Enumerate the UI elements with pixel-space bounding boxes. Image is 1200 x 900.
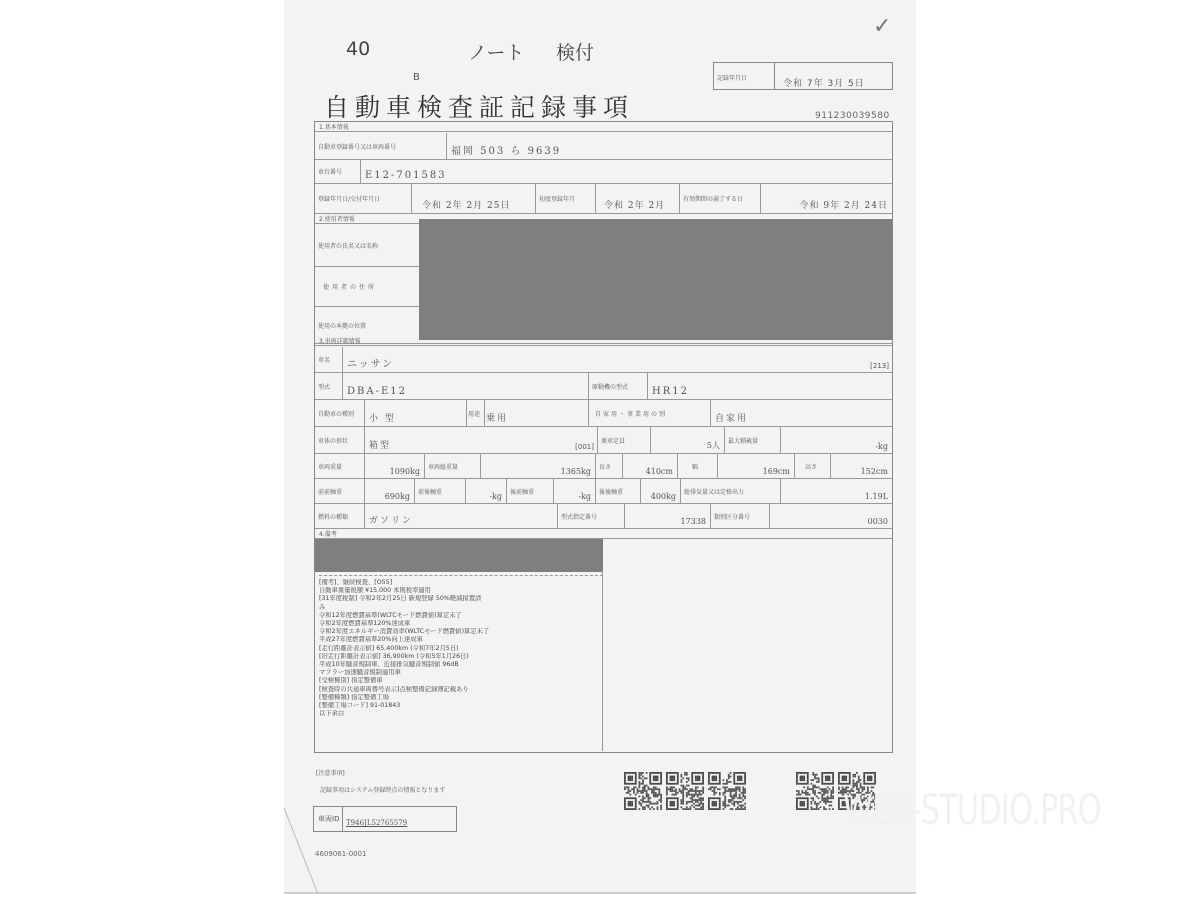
user-name-label: 使用者の氏名又は名称 [315,225,419,266]
width-label: 幅 [678,454,717,478]
handwritten-number: 40 [346,38,370,60]
body-shape-code: [001] [575,443,594,451]
remarks-line: [受検種別] 指定整備車 [319,677,601,685]
check-mark-icon: ✓ [873,14,891,39]
expiry-label: 有効期間の満了する日 [680,184,760,213]
remarks-line: 令和12年度燃費基準(WLTCモード燃費値)算定未了 [319,612,601,620]
remarks-line: 平成10年騒音規制車、近接排気騒音規制値 96dB [319,661,601,669]
remarks-line: み [319,604,601,612]
remarks-line: [検査時の共通車両番号表示]点検整備記録簿記載あり [319,686,601,694]
model-label: 型式 [315,373,342,399]
row-fuel: 燃料の種類 ガソリン 型式指定番号 17338 類別区分番号 0030 [315,504,892,529]
remarks-line: [走行距離計表示値] 65,400km (令和7年2月5日) [319,645,601,653]
fr-axle-label: 前後軸重 [415,479,465,503]
fr-axle-value: -kg [489,492,502,501]
length-label: 長さ [596,454,622,478]
rf-axle-label: 後前軸重 [507,479,553,503]
page-code: 4609061-0001 [315,850,367,858]
remarks-line: 平成27年度燃費基準20%向上達成車 [319,636,601,644]
first-reg-value: 令和 2年 2月 25日 [422,198,511,211]
private-business-value: 自家用 [715,411,748,424]
height-label: 高さ [795,454,830,478]
rr-axle-label: 後後軸重 [596,479,640,503]
registration-label: 自動車登録番号又は車両番号 [315,133,446,159]
vehicle-id-value: T946JL52765579 [343,807,407,831]
handwritten-model: ノート [468,38,524,65]
engine-value: HR12 [652,386,689,397]
body-shape-value: 箱型 [369,438,391,451]
row-axle-weights: 前前軸重 690kg 前後軸重 -kg 後前軸重 -kg 後後軸重 400kg … [315,479,892,504]
fuel-value: ガソリン [369,513,413,526]
vehicle-type-label: 自動車の種別 [315,400,364,426]
page-edge [284,892,916,894]
remarks-line: [31年度税制] 令和2年2月25日 新規登録 50%軽減措置済 [319,595,601,603]
section-remarks-heading: 4.備考 [315,529,892,539]
remarks-area: [備考]、継続検査、[O55]自動車重量税額 ¥15,000 本則税率適用[31… [315,539,603,751]
remarks-line: 自動車重量税額 ¥15,000 本則税率適用 [319,587,601,595]
displacement-value: 1.19L [865,492,888,501]
gross-weight-label: 車両総重量 [425,454,480,478]
vehicle-type-value: 小 型 [369,411,396,424]
make-label: 車名 [315,347,342,372]
rf-axle-value: -kg [578,492,591,501]
row-chassis: 車台番号 E12-701583 [315,160,892,184]
height-value: 152cm [861,467,888,476]
qr-code-icon [708,772,746,810]
remarks-line: [備考]、継続検査、[O55] [319,579,601,587]
fuel-label: 燃料の種類 [315,504,364,528]
private-business-label: 自家用・事業用の別 [589,400,710,426]
qr-code-icon [666,772,704,810]
weight-label: 車両重量 [315,454,364,478]
displacement-label: 総排気量又は定格出力 [681,479,780,503]
document-title: 自動車検査証記録事項 [324,88,634,124]
category-value: 0030 [868,517,888,526]
row-weights-dimensions: 車両重量 1090kg 車両総重量 1365kg 長さ 410cm 幅 169c… [315,454,892,479]
remarks-line: 令和2年度エネルギー消費効率(WLTCモード燃費値)算定未了 [319,628,601,636]
row-vehicle-type: 自動車の種別 小 型 用途 乗用 自家用・事業用の別 自家用 [315,400,892,427]
registration-value: 福岡 503 ら 9639 [451,142,561,157]
type-designation-label: 型式指定番号 [558,504,624,528]
capacity-label: 乗車定員 [598,427,650,453]
record-date-box: 記録年月日 令和 7年 3月 5日 [713,62,893,90]
row-dates: 登録年月日/交付年月日 令和 2年 2月 25日 初度登録年月 令和 2年 2月… [315,184,892,214]
qr-code-icon [796,772,834,810]
capacity-value: 5人 [707,440,720,451]
max-load-label: 最大積載量 [725,427,780,453]
width-value: 169cm [763,467,790,476]
row-model: 型式 DBA-E12 原動機の型式 HR12 [315,373,892,400]
vehicle-id-box: 車両ID T946JL52765579 [313,806,457,832]
make-code: [213] [870,362,889,370]
row-make: 車名 ニッサン [213] [315,347,892,373]
ff-axle-value: 690kg [385,492,410,501]
row-registration: 自動車登録番号又は車両番号 福岡 503 ら 9639 [315,133,892,160]
user-address-label: 使用者の住所 [315,267,419,306]
body-shape-label: 車体の形状 [315,427,364,453]
dashed-separator [319,575,603,576]
length-value: 410cm [646,467,673,476]
use-label: 用途 [467,400,484,426]
section-vehicle-details-heading: 3.車両詳細情報 [315,336,892,346]
caution-text: 記録事項はシステム登録時点の情報となります [320,785,445,794]
vehicle-id-label: 車両ID [314,807,343,831]
chassis-label: 車台番号 [315,160,360,183]
record-date-value: 令和 7年 3月 5日 [775,63,865,89]
use-value: 乗用 [486,411,508,424]
model-value: DBA-E12 [347,386,407,397]
remarks-text: [備考]、継続検査、[O55]自動車重量税額 ¥15,000 本則税率適用[31… [319,579,601,718]
b-mark: B [413,72,420,83]
first-year-label: 初度登録年月 [536,184,595,213]
redacted-remarks-header [315,539,603,572]
section-basic-info-heading: 1.基本情報 [315,122,892,132]
weight-value: 1090kg [390,467,420,476]
watermark: WEB-STUDIO.PRO [843,785,1101,834]
caution-title: [注意事項] [316,768,345,777]
gross-weight-value: 1365kg [561,467,591,476]
document-number: 911230039580 [815,111,890,121]
record-date-label: 記録年月日 [714,63,775,89]
ff-axle-label: 前前軸重 [315,479,364,503]
row-body-shape: 車体の形状 箱型 [001] 乗車定員 5人 最大積載量 -kg [315,427,892,454]
qr-code-icon [624,772,662,810]
rr-axle-value: 400kg [651,492,676,501]
make-value: ニッサン [347,355,394,370]
remarks-line: [旧走行距離計表示値] 36,900km (令和5年1月26日) [319,653,601,661]
remarks-line: [整備工場コード] 91-01843 [319,702,601,710]
record-table: 1.基本情報 自動車登録番号又は車両番号 福岡 503 ら 9639 車台番号 … [314,121,893,753]
remarks-line: マフラー加速騒音規制適用車 [319,669,601,677]
handwritten-note: 検付 [556,38,594,65]
max-load-value: -kg [875,442,888,451]
redacted-user-info [419,219,892,340]
chassis-value: E12-701583 [365,170,447,181]
expiry-value: 令和 9年 2月 24日 [800,198,889,211]
remarks-line: 令和2年度燃費基準120%達成車 [319,620,601,628]
first-reg-label: 登録年月日/交付年月日 [315,184,411,213]
remarks-line: [整備種類] 指定整備工場 [319,694,601,702]
first-year-value: 令和 2年 2月 [604,198,665,211]
category-label: 類別区分番号 [711,504,769,528]
remarks-line: 以下余白 [319,710,601,718]
type-designation-value: 17338 [681,517,706,526]
engine-label: 原動機の型式 [589,373,647,399]
